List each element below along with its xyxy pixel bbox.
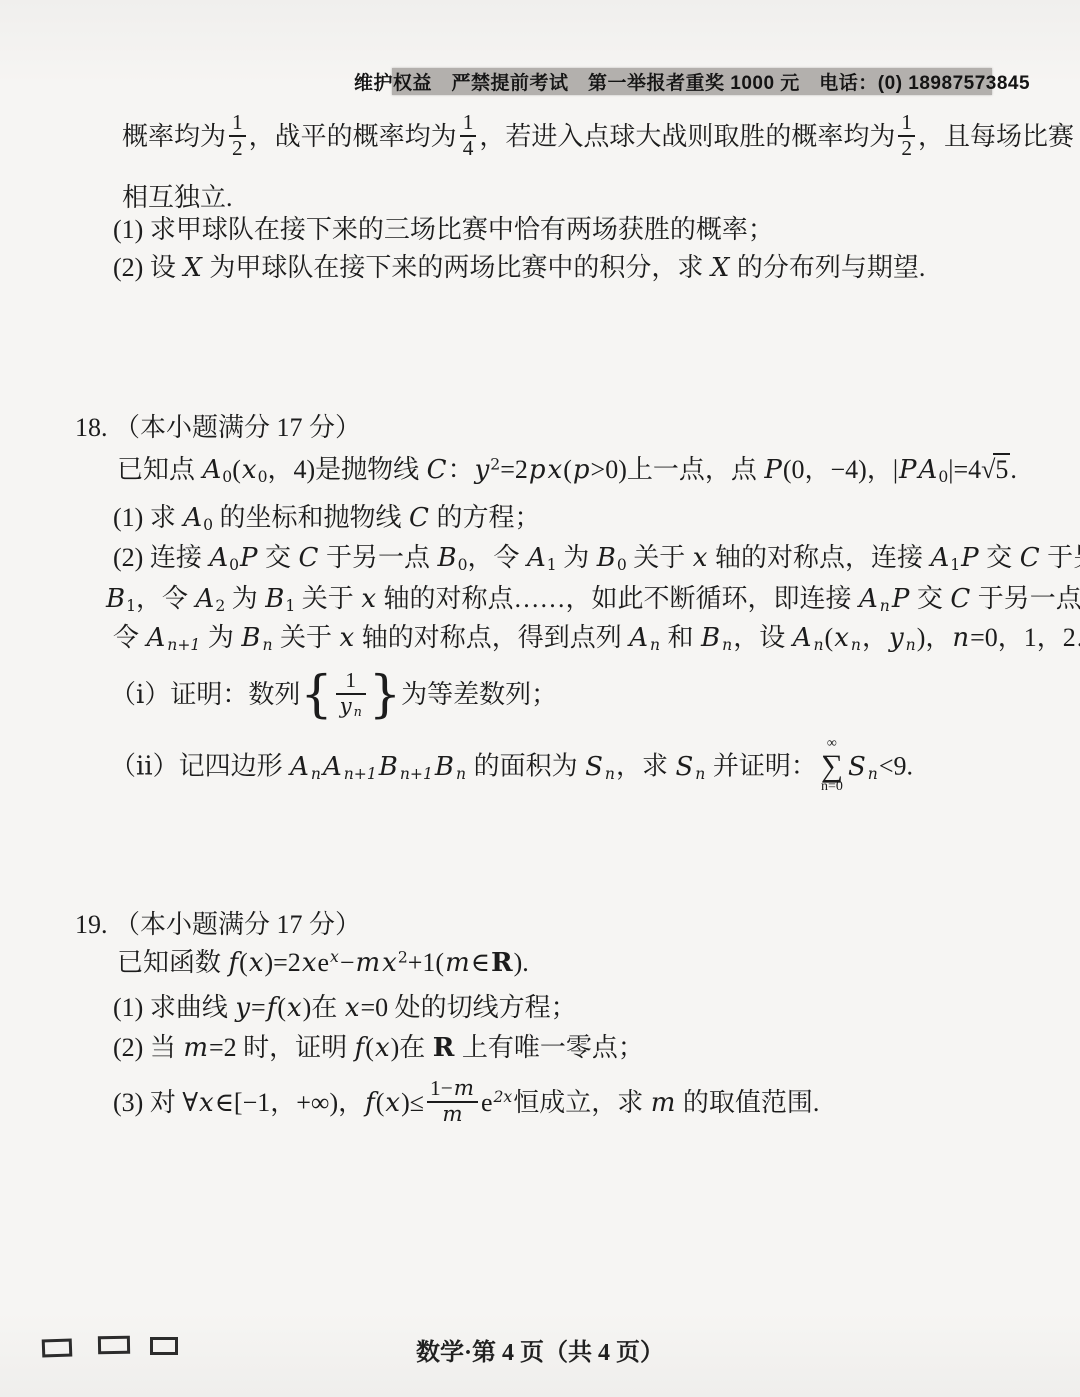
q18-given: 已知点 A0(x0，4)是抛物线 C：y2=2px(p>0)上一点，点 P(0，…	[117, 452, 1017, 488]
q19-part-3: (3) 对 ∀x∈[−1，+∞)，f(x)≤1−mme2x恒成立，求 m 的取值…	[113, 1080, 819, 1130]
exam-integrity-notice: 维护权益 严禁提前考试 第一举报者重奖 1000 元 电话：(0) 189875…	[392, 68, 992, 95]
q19-part-2: (2) 当 m=2 时，证明 f(x)在 R 上有唯一零点；	[113, 1030, 644, 1066]
q18-part-2c: 令 An+1 为 Bn 关于 x 轴的对称点，得到点列 An 和 Bn，设 An…	[113, 620, 1080, 656]
registration-mark-3	[150, 1337, 178, 1355]
registration-mark-2	[98, 1336, 130, 1355]
registration-mark-1	[42, 1338, 73, 1357]
exam-page: 维护权益 严禁提前考试 第一举报者重奖 1000 元 电话：(0) 189875…	[0, 0, 1080, 1397]
q19-given: 已知函数 f(x)=2xex−mx2+1(m∈R).	[117, 945, 529, 981]
p17-part-2: (2) 设 X 为甲球队在接下来的两场比赛中的积分，求 X 的分布列与期望.	[113, 250, 925, 286]
q18-sub-i: （ⅰ）证明：数列{1yn}为等差数列；	[110, 672, 557, 722]
q18-part-2a: (2) 连接 A0P 交 C 于另一点 B0，令 A1 为 B0 关于 x 轴的…	[113, 540, 1080, 576]
q18-part-1: (1) 求 A0 的坐标和抛物线 C 的方程；	[113, 500, 540, 536]
q18-part-2b: B1，令 A2 为 B1 关于 x 轴的对称点……，如此不断循环，即连接 AnP…	[105, 581, 1080, 617]
q19-title: 19. （本小题满分 17 分）	[75, 907, 361, 943]
q19-part-1: (1) 求曲线 y=f(x)在 x=0 处的切线方程；	[113, 990, 577, 1026]
p17-body-line-1: 概率均为12，战平的概率均为14，若进入点球大战则取胜的概率均为12，且每场比赛	[122, 114, 1074, 164]
q18-sub-ii: （ⅱ）记四边形 AnAn+1Bn+1Bn 的面积为 Sn，求 Sn 并证明：∞∑…	[110, 740, 913, 797]
p17-body-line-2: 相互独立.	[122, 180, 233, 216]
p17-part-1: (1) 求甲球队在接下来的三场比赛中恰有两场获胜的概率；	[113, 212, 774, 248]
q18-title: 18. （本小题满分 17 分）	[75, 410, 361, 446]
